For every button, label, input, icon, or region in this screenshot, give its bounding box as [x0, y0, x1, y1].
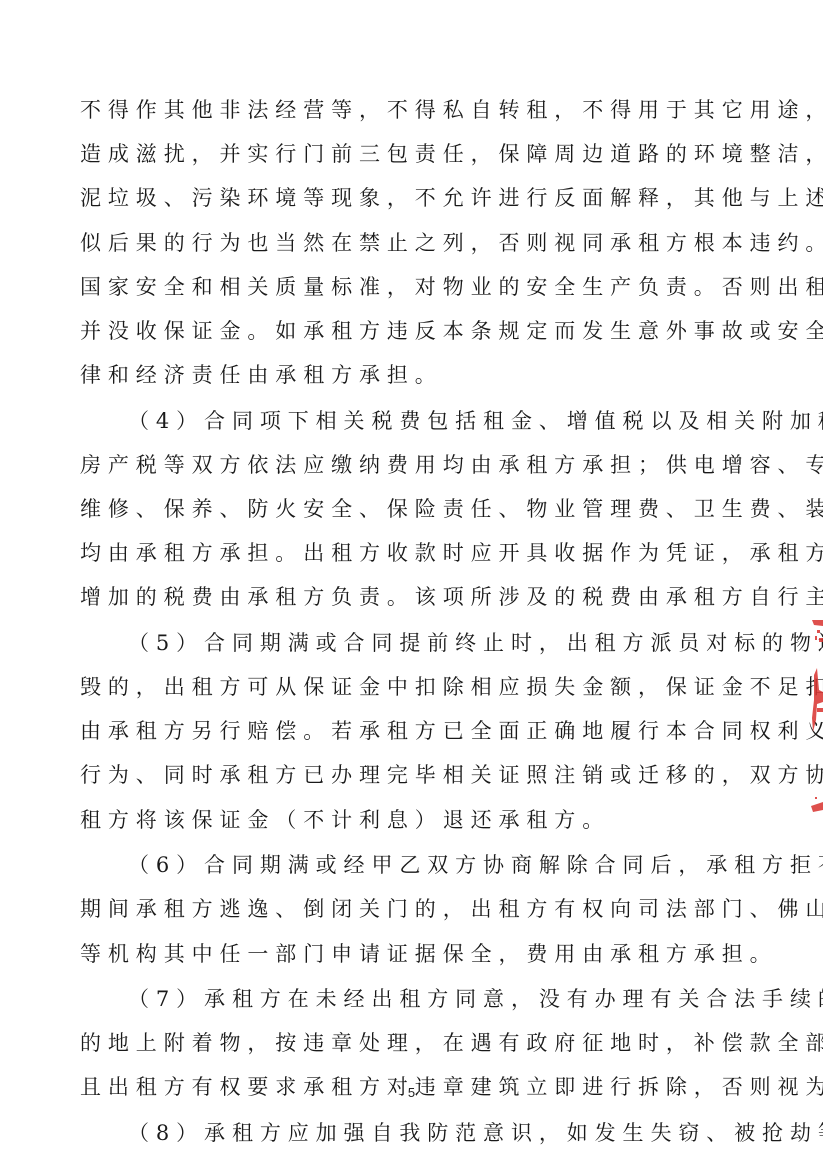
text-line: 房产税等双方依法应缴纳费用均由承租方承担；供电增容、专用设施、场地的 [80, 443, 756, 487]
text-line: 期间承租方逃逸、倒闭关门的，出租方有权向司法部门、佛山市顺德区公证处 [80, 887, 756, 931]
text-line: 毁的，出租方可从保证金中扣除相应损失金额，保证金不足扣除的，不足部分 [80, 665, 756, 709]
text-line: 泥垃圾、污染环境等现象，不允许进行反面解释，其他与上述行为有同等或相 [80, 176, 756, 220]
text-line: 律和经济责任由承租方承担。 [80, 353, 756, 399]
text-line: 由承租方另行赔偿。若承租方已全面正确地履行本合同权利义务而不存在违约 [80, 709, 756, 753]
text-line: 租方将该保证金（不计利息）退还承租方。 [80, 798, 756, 844]
seal-stamp-icon [808, 620, 823, 820]
text-line: 维修、保养、防火安全、保险责任、物业管理费、卫生费、装修改建费等费用， [80, 487, 756, 531]
text-line: 似后果的行为也当然在禁止之列，否则视同承租方根本违约。承租方必须遵守 [80, 221, 756, 265]
text-line: 等机构其中任一部门申请证据保全，费用由承租方承担。 [80, 932, 756, 978]
document-body: 不得作其他非法经营等，不得私自转租，不得用于其它用途，不得对附近居民 造成滋扰，… [80, 88, 756, 1155]
page-number: 5 [0, 1085, 823, 1100]
text-line: 并没收保证金。如承租方违反本条规定而发生意外事故或安全事故的，一切法 [80, 309, 756, 353]
clause-4-heading-line: （4）合同项下相关税费包括租金、增值税以及相关附加税、土地使用税、 [80, 399, 756, 443]
text-line: 造成滋扰，并实行门前三包责任，保障周边道路的环境整洁，防止发生乱倒淤 [80, 132, 756, 176]
clause-8-heading-line: （8）承租方应加强自我防范意识，如发生失窃、被抢劫等情况，由承租方 [80, 1111, 756, 1155]
text-line: 均由承租方承担。出租方收款时应开具收据作为凭证，承租方需要开具发票的， [80, 531, 756, 575]
text-line: 行为、同时承租方已办理完毕相关证照注销或迁移的，双方协商解决为主，出 [80, 753, 756, 797]
clause-5-heading-line: （5）合同期满或合同提前终止时，出租方派员对标的物进行检查，如有损 [80, 621, 756, 665]
text-line: 不得作其他非法经营等，不得私自转租，不得用于其它用途，不得对附近居民 [80, 88, 756, 132]
text-line: 增加的税费由承租方负责。该项所涉及的税费由承租方自行主动申报缴纳。 [80, 575, 756, 621]
text-line: 的地上附着物，按违章处理，在遇有政府征地时，补偿款全部归出租方所有， [80, 1021, 756, 1065]
text-line: 国家安全和相关质量标准，对物业的安全生产负责。否则出租方有权终止合同 [80, 265, 756, 309]
clause-7-heading-line: （7）承租方在未经出租方同意，没有办理有关合法手续的情况下自行搭建 [80, 977, 756, 1021]
clause-6-heading-line: （6）合同期满或经甲乙双方协商解除合同后，承租方拒不搬迁，或者租赁 [80, 843, 756, 887]
document-page: 不得作其他非法经营等，不得私自转租，不得用于其它用途，不得对附近居民 造成滋扰，… [0, 0, 823, 1163]
